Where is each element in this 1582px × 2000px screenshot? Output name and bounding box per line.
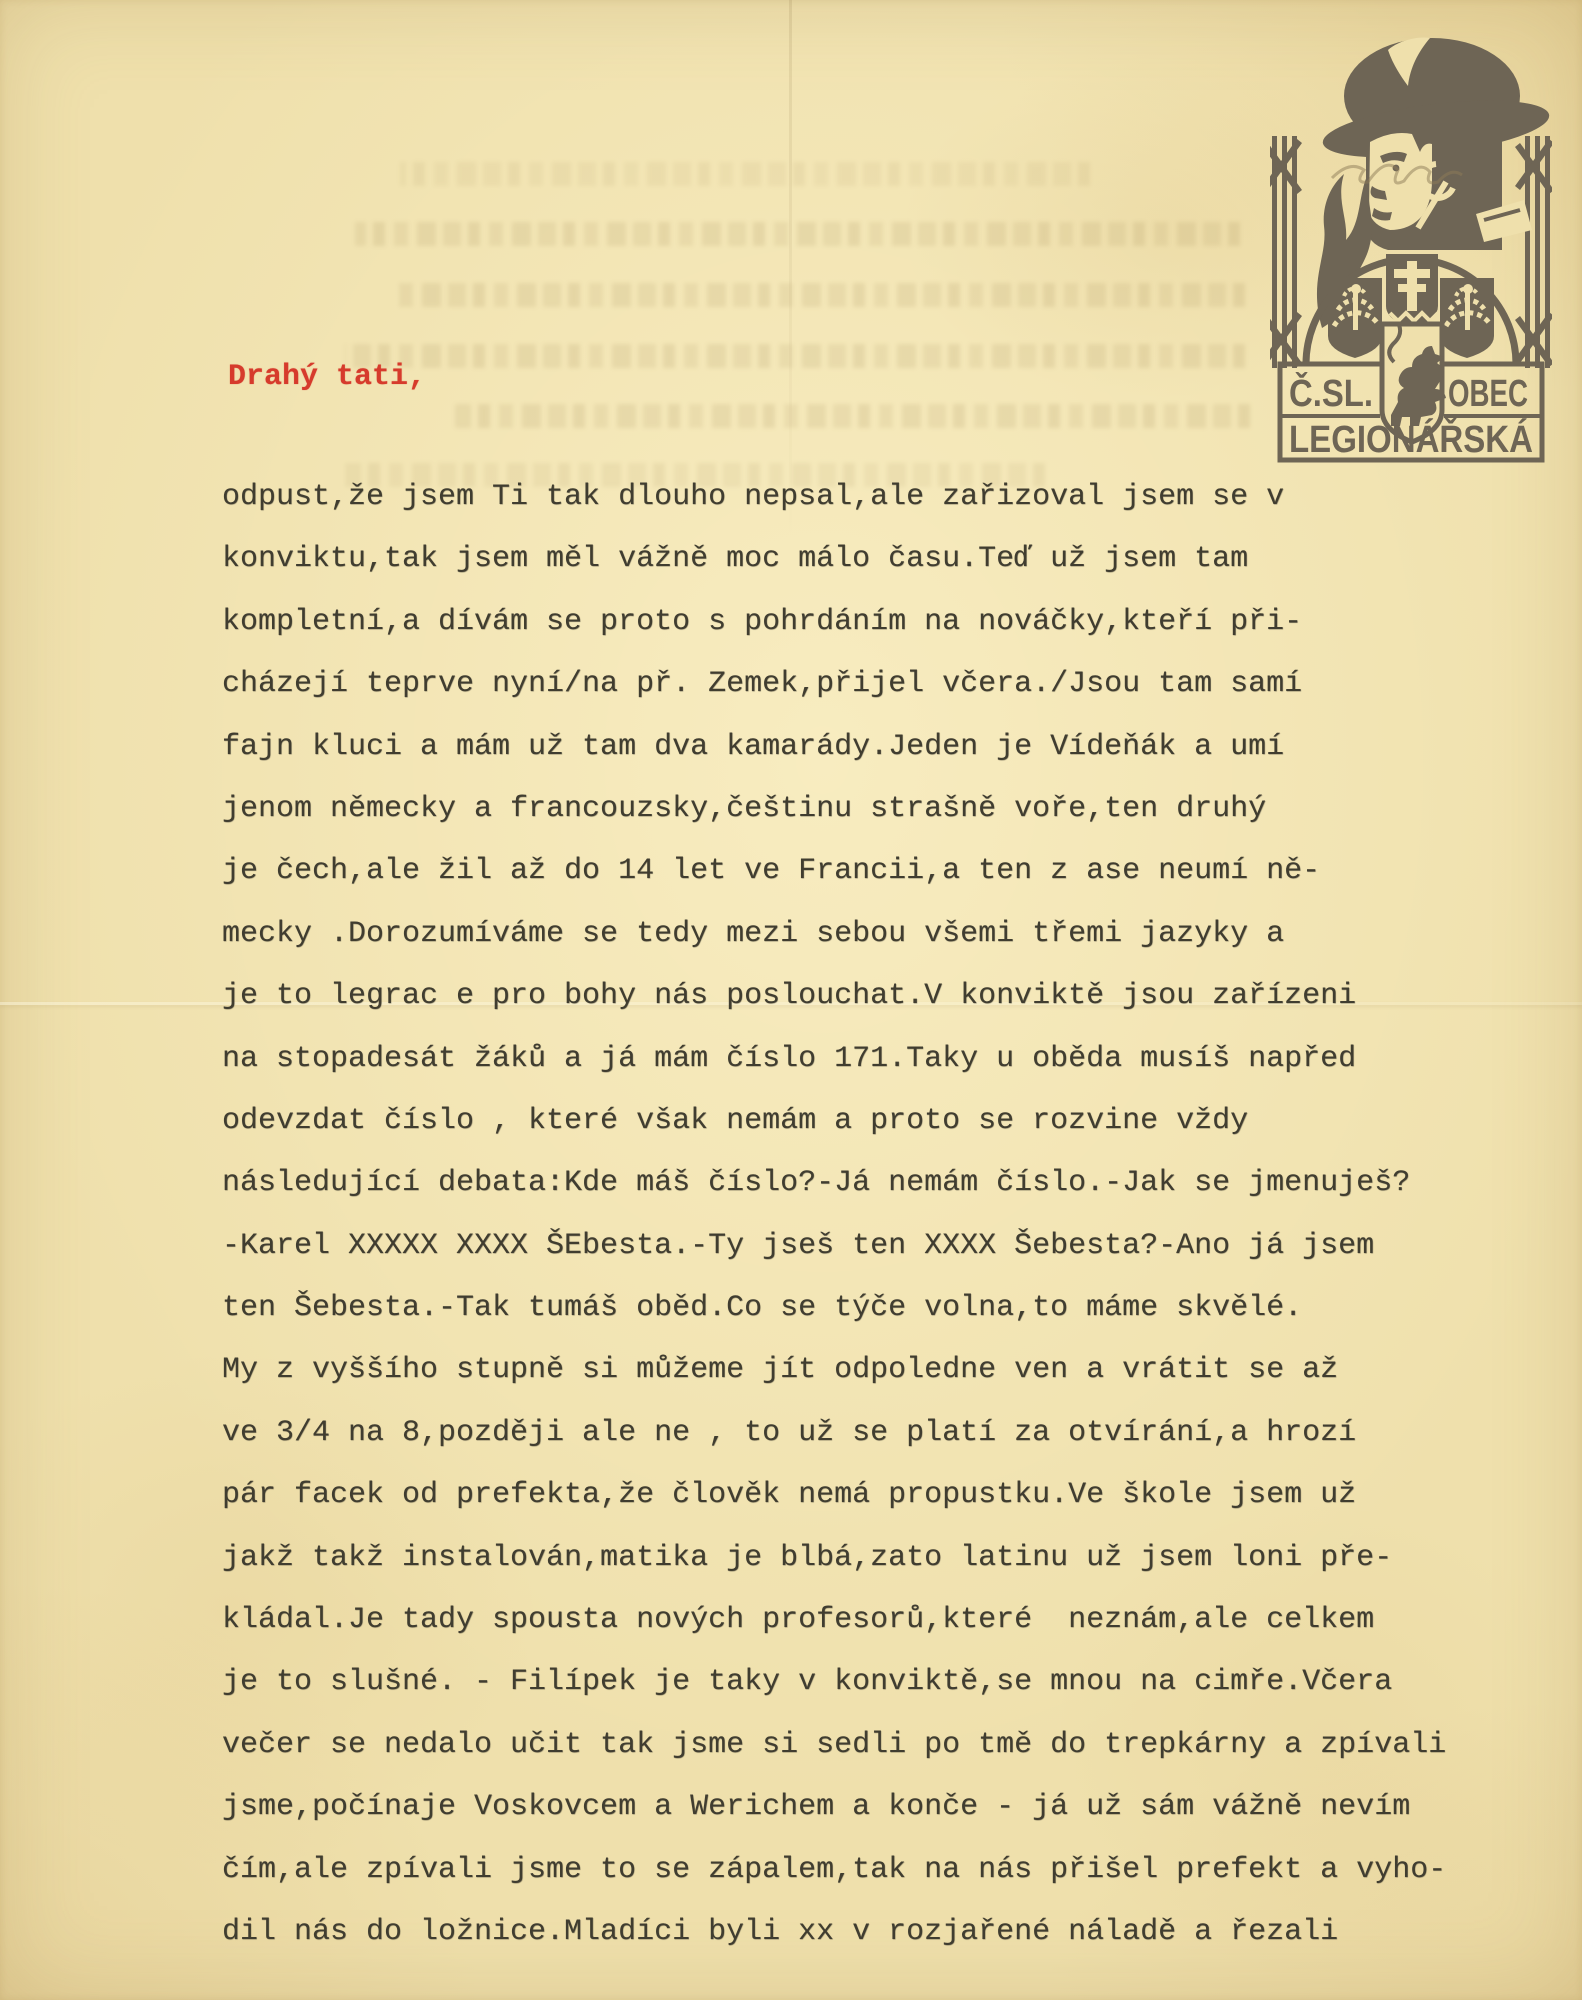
body-line: jenom německy a francouzsky,češtinu stra…	[222, 778, 1446, 840]
ghost-line	[390, 283, 1245, 307]
body-line: ten Šebesta.-Tak tumáš oběd.Co se týče v…	[222, 1277, 1446, 1339]
body-line: -Karel XXXXX XXXX ŠEbesta.-Ty jseš ten X…	[222, 1215, 1446, 1277]
body-line: cházejí teprve nyní/na př. Zemek,přijel …	[222, 653, 1446, 715]
letter-body: odpust,že jsem Ti tak dlouho nepsal,ale …	[222, 466, 1446, 1963]
org-abbrev-text: Č.SL.	[1289, 370, 1373, 415]
silesian-eagle-shield	[1440, 278, 1494, 358]
moravian-eagle-shield	[1328, 278, 1382, 358]
body-line: pár facek od prefekta,že člověk nemá pro…	[222, 1464, 1446, 1526]
body-line: je to slušné. - Filípek je taky v konvik…	[222, 1651, 1446, 1713]
org-word-text: OBEC	[1448, 373, 1528, 415]
body-line: My z vyššího stupně si můžeme jít odpole…	[222, 1339, 1446, 1401]
body-line: následující debata:Kde máš číslo?-Já nem…	[222, 1152, 1446, 1214]
letter-page: Č.SL. OBEC LEGIONÁŘSKÁ Drahý tati, odpus…	[0, 0, 1582, 2000]
body-line: jsme,počínaje Voskovcem a Werichem a kon…	[222, 1776, 1446, 1838]
legionnaire-letterhead-logo: Č.SL. OBEC LEGIONÁŘSKÁ	[1270, 28, 1552, 464]
ghost-line	[355, 222, 1240, 246]
body-line: na stopadesát žáků a já mám číslo 171.Ta…	[222, 1028, 1446, 1090]
body-line: je to legrac e pro bohy nás poslouchat.V…	[222, 965, 1446, 1027]
ghost-line	[400, 162, 1090, 186]
body-line: jakž takž instalován,matika je blbá,zato…	[222, 1527, 1446, 1589]
org-name-text: LEGIONÁŘSKÁ	[1289, 417, 1533, 461]
fold-crease-vertical	[789, 0, 792, 540]
salutation: Drahý tati,	[228, 360, 426, 394]
ghost-line	[345, 344, 1245, 368]
body-line: konviktu,tak jsem měl vážně moc málo čas…	[222, 528, 1446, 590]
body-line: odevzdat číslo , které však nemám a prot…	[222, 1090, 1446, 1152]
frame-right-bars	[1515, 136, 1552, 368]
body-line: mecky .Dorozumíváme se tedy mezi sebou v…	[222, 903, 1446, 965]
frame-left-bars	[1270, 136, 1302, 368]
body-line: odpust,že jsem Ti tak dlouho nepsal,ale …	[222, 466, 1446, 528]
body-line: večer se nedalo učit tak jsme si sedli p…	[222, 1714, 1446, 1776]
body-line: čím,ale zpívali jsme to se zápalem,tak n…	[222, 1839, 1446, 1901]
body-line: fajn kluci a mám už tam dva kamarády.Jed…	[222, 716, 1446, 778]
ghost-line	[455, 404, 1250, 428]
body-line: kládal.Je tady spousta nových profesorů,…	[222, 1589, 1446, 1651]
body-line: je čech,ale žil až do 14 let ve Francii,…	[222, 840, 1446, 902]
body-line: ve 3/4 na 8,později ale ne , to už se pl…	[222, 1402, 1446, 1464]
body-line: kompletní,a dívám se proto s pohrdáním n…	[222, 591, 1446, 653]
slovak-cross-shield	[1386, 254, 1438, 328]
body-line: dil nás do ložnice.Mladíci byli xx v roz…	[222, 1901, 1446, 1963]
